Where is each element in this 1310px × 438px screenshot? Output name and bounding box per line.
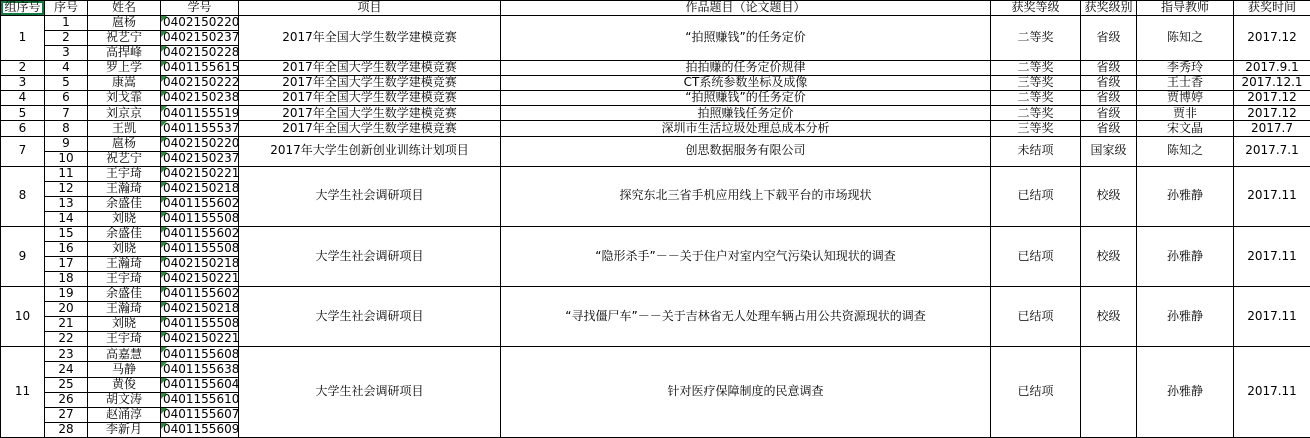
student-id-text: 0401155519: [163, 106, 239, 120]
awards-table: 组序号序号姓名学号项目作品题目（论文题目）获奖等级获奖级别指导教师获奖时间 11…: [0, 0, 1310, 438]
cell-name[interactable]: 马静: [88, 362, 161, 377]
cell-name[interactable]: 王瀚琦: [88, 181, 161, 196]
error-indicator-icon: [161, 287, 167, 293]
cell-title[interactable]: “寻找僵尸车”－－关于吉林省无人处理车辆占用公共资源现状的调查: [501, 287, 991, 347]
student-id-text: 0401155602: [163, 287, 239, 301]
cell-member-no[interactable]: 25: [45, 377, 88, 392]
cell-student-id[interactable]: 0401155602: [161, 196, 239, 211]
table-row: 46刘戈霏04021502382017年全国大学生数学建模竞赛“拍照赚钱”的任务…: [1, 91, 1310, 106]
cell-name[interactable]: 王瀚琦: [88, 257, 161, 272]
table-row: 1123高嘉慧0401155608大学生社会调研项目针对医疗保障制度的民意调查已…: [1, 347, 1310, 362]
cell-member-no[interactable]: 6: [45, 91, 88, 106]
cell-date[interactable]: 2017.7.1: [1234, 136, 1310, 166]
cell-project[interactable]: 2017年全国大学生数学建模竞赛: [239, 106, 501, 121]
cell-award[interactable]: 二等奖: [991, 106, 1081, 121]
table-row: 915余盛佳0401155602大学生社会调研项目“隐形杀手”－－关于住户对室内…: [1, 226, 1310, 241]
student-id-text: 0401155610: [163, 392, 239, 406]
student-id-text: 0401155615: [163, 61, 239, 75]
student-id-text: 0401155608: [163, 347, 239, 361]
error-indicator-icon: [161, 46, 167, 52]
cell-level[interactable]: 省级: [1081, 76, 1137, 91]
student-id-text: 0401155609: [163, 422, 239, 436]
cell-name[interactable]: 扈杨: [88, 16, 161, 31]
cell-name[interactable]: 王瀚琦: [88, 302, 161, 317]
cell-award[interactable]: 已结项: [991, 287, 1081, 347]
student-id-text: 0401155508: [163, 317, 239, 331]
cell-student-id[interactable]: 0402150218: [161, 302, 239, 317]
cell-member-no[interactable]: 17: [45, 257, 88, 272]
cell-name[interactable]: 胡文涛: [88, 392, 161, 407]
cell-group-no[interactable]: 6: [1, 121, 45, 136]
cell-member-no[interactable]: 5: [45, 76, 88, 91]
table-row: 57刘京京04011555192017年全国大学生数学建模竞赛拍照赚钱任务定价二…: [1, 106, 1310, 121]
student-id-text: 0401155607: [163, 407, 239, 421]
cell-award[interactable]: 二等奖: [991, 16, 1081, 61]
cell-name[interactable]: 刘戈霏: [88, 91, 161, 106]
cell-award[interactable]: 三等奖: [991, 121, 1081, 136]
cell-student-id[interactable]: 0401155602: [161, 226, 239, 241]
cell-date[interactable]: 2017.7: [1234, 121, 1310, 136]
student-id-text: 0401155602: [163, 196, 239, 210]
error-indicator-icon: [161, 347, 167, 353]
cell-student-id[interactable]: 0401155508: [161, 211, 239, 226]
header-project[interactable]: 项目: [239, 1, 501, 16]
cell-name[interactable]: 扈杨: [88, 136, 161, 151]
header-row: 组序号序号姓名学号项目作品题目（论文题目）获奖等级获奖级别指导教师获奖时间: [1, 1, 1310, 16]
cell-student-id[interactable]: 0402150221: [161, 272, 239, 287]
cell-student-id[interactable]: 0402150238: [161, 91, 239, 106]
cell-member-no[interactable]: 7: [45, 106, 88, 121]
cell-project[interactable]: 2017年全国大学生数学建模竞赛: [239, 91, 501, 106]
table-row: 811王宇琦0402150221大学生社会调研项目探究东北三省手机应用线上下载平…: [1, 166, 1310, 181]
cell-name[interactable]: 祝艺宁: [88, 31, 161, 46]
header-group-no[interactable]: 组序号: [1, 1, 45, 16]
student-id-text: 0402150237: [163, 151, 239, 165]
cell-student-id[interactable]: 0402150237: [161, 31, 239, 46]
cell-advisor[interactable]: 李秀玲: [1137, 61, 1234, 76]
cell-title[interactable]: 创思数据服务有限公司: [501, 136, 991, 166]
cell-member-no[interactable]: 12: [45, 181, 88, 196]
student-id-text: 0402150218: [163, 257, 239, 271]
cell-name[interactable]: 刘晓: [88, 241, 161, 256]
cell-group-no[interactable]: 5: [1, 106, 45, 121]
cell-level[interactable]: 省级: [1081, 121, 1137, 136]
table-row: 79扈杨04021502202017年大学生创新创业训练计划项目创思数据服务有限…: [1, 136, 1310, 151]
cell-member-no[interactable]: 3: [45, 46, 88, 61]
error-indicator-icon: [161, 16, 167, 22]
cell-date[interactable]: 2017.11: [1234, 226, 1310, 286]
student-id-text: 0401155638: [163, 362, 239, 376]
student-id-text: 0402150222: [163, 76, 239, 90]
cell-name[interactable]: 李新月: [88, 422, 161, 437]
cell-member-no[interactable]: 8: [45, 121, 88, 136]
error-indicator-icon: [161, 197, 167, 203]
cell-name[interactable]: 王宇琦: [88, 272, 161, 287]
cell-date[interactable]: 2017.12: [1234, 106, 1310, 121]
cell-title[interactable]: “隐形杀手”－－关于住户对室内空气污染认知现状的调查: [501, 226, 991, 286]
error-indicator-icon: [161, 227, 167, 233]
header-work-title[interactable]: 作品题目（论文题目）: [501, 1, 991, 16]
cell-level[interactable]: 省级: [1081, 91, 1137, 106]
cell-award[interactable]: 三等奖: [991, 76, 1081, 91]
cell-student-id[interactable]: 0401155519: [161, 106, 239, 121]
cell-level[interactable]: 校级: [1081, 287, 1137, 347]
error-indicator-icon: [161, 61, 167, 67]
cell-name[interactable]: 康嵩: [88, 76, 161, 91]
cell-name[interactable]: 刘晓: [88, 211, 161, 226]
cell-project[interactable]: 2017年大学生创新创业训练计划项目: [239, 136, 501, 166]
cell-member-no[interactable]: 10: [45, 151, 88, 166]
cell-group-no[interactable]: 7: [1, 136, 45, 166]
cell-group-no[interactable]: 10: [1, 287, 45, 347]
cell-project[interactable]: 大学生社会调研项目: [239, 166, 501, 226]
cell-level[interactable]: 校级: [1081, 226, 1137, 286]
student-id-text: 0401155537: [163, 121, 239, 135]
cell-group-no[interactable]: 2: [1, 61, 45, 76]
cell-title[interactable]: 深圳市生活垃圾处理总成本分析: [501, 121, 991, 136]
cell-student-id[interactable]: 0402150218: [161, 257, 239, 272]
cell-date[interactable]: 2017.12: [1234, 16, 1310, 61]
error-indicator-icon: [161, 378, 167, 384]
cell-award[interactable]: 已结项: [991, 226, 1081, 286]
cell-project[interactable]: 大学生社会调研项目: [239, 226, 501, 286]
cell-title[interactable]: 探究东北三省手机应用线上下载平台的市场现状: [501, 166, 991, 226]
cell-member-no[interactable]: 27: [45, 407, 88, 422]
student-id-text: 0402150228: [163, 46, 239, 60]
student-id-text: 0402150220: [163, 136, 239, 150]
cell-student-id[interactable]: 0402150222: [161, 76, 239, 91]
cell-student-id[interactable]: 0402150221: [161, 332, 239, 347]
cell-name[interactable]: 祝艺宁: [88, 151, 161, 166]
cell-member-no[interactable]: 16: [45, 241, 88, 256]
cell-advisor[interactable]: 孙雅静: [1137, 287, 1234, 347]
cell-member-no[interactable]: 24: [45, 362, 88, 377]
error-indicator-icon: [161, 242, 167, 248]
cell-group-no[interactable]: 8: [1, 166, 45, 226]
cell-project[interactable]: 大学生社会调研项目: [239, 287, 501, 347]
student-id-text: 0401155602: [163, 226, 239, 240]
cell-student-id[interactable]: 0401155615: [161, 61, 239, 76]
cell-advisor[interactable]: 孙雅静: [1137, 226, 1234, 286]
student-id-text: 0402150237: [163, 31, 239, 45]
cell-student-id[interactable]: 0401155608: [161, 347, 239, 362]
error-indicator-icon: [161, 257, 167, 263]
header-award-grade[interactable]: 获奖等级: [991, 1, 1081, 16]
cell-member-no[interactable]: 11: [45, 166, 88, 181]
cell-member-no[interactable]: 4: [45, 61, 88, 76]
header-student-id[interactable]: 学号: [161, 1, 239, 16]
cell-name[interactable]: 高捍峰: [88, 46, 161, 61]
cell-group-no[interactable]: 1: [1, 16, 45, 61]
header-award-date[interactable]: 获奖时间: [1234, 1, 1310, 16]
cell-award[interactable]: 未结项: [991, 136, 1081, 166]
cell-advisor[interactable]: 贾博婷: [1137, 91, 1234, 106]
cell-member-no[interactable]: 13: [45, 196, 88, 211]
cell-name[interactable]: 高嘉慧: [88, 347, 161, 362]
error-indicator-icon: [161, 91, 167, 97]
student-id-text: 0402150218: [163, 181, 239, 195]
cell-project[interactable]: 2017年全国大学生数学建模竞赛: [239, 76, 501, 91]
cell-advisor[interactable]: 贾非: [1137, 106, 1234, 121]
cell-member-no[interactable]: 22: [45, 332, 88, 347]
cell-advisor[interactable]: 陈知之: [1137, 136, 1234, 166]
error-indicator-icon: [161, 332, 167, 338]
table-row: 68王凯04011555372017年全国大学生数学建模竞赛深圳市生活垃圾处理总…: [1, 121, 1310, 136]
cell-name[interactable]: 余盛佳: [88, 226, 161, 241]
student-id-text: 0401155508: [163, 211, 239, 225]
cell-date[interactable]: 2017.11: [1234, 287, 1310, 347]
cell-member-no[interactable]: 18: [45, 272, 88, 287]
cell-date[interactable]: 2017.9.1: [1234, 61, 1310, 76]
cell-project[interactable]: 2017年全国大学生数学建模竞赛: [239, 16, 501, 61]
cell-member-no[interactable]: 20: [45, 302, 88, 317]
cell-name[interactable]: 刘京京: [88, 106, 161, 121]
cell-project[interactable]: 2017年全国大学生数学建模竞赛: [239, 61, 501, 76]
cell-advisor[interactable]: 孙雅静: [1137, 347, 1234, 438]
cell-member-no[interactable]: 19: [45, 287, 88, 302]
cell-student-id[interactable]: 0401155609: [161, 422, 239, 437]
cell-student-id[interactable]: 0401155508: [161, 241, 239, 256]
cell-member-no[interactable]: 9: [45, 136, 88, 151]
cell-member-no[interactable]: 2: [45, 31, 88, 46]
error-indicator-icon: [161, 182, 167, 188]
cell-award[interactable]: 二等奖: [991, 91, 1081, 106]
cell-member-no[interactable]: 15: [45, 226, 88, 241]
cell-level[interactable]: [1081, 347, 1137, 438]
cell-member-no[interactable]: 26: [45, 392, 88, 407]
cell-name[interactable]: 王宇琦: [88, 332, 161, 347]
cell-member-no[interactable]: 14: [45, 211, 88, 226]
error-indicator-icon: [161, 362, 167, 368]
cell-student-id[interactable]: 0401155537: [161, 121, 239, 136]
cell-member-no[interactable]: 28: [45, 422, 88, 437]
error-indicator-icon: [161, 408, 167, 414]
cell-name[interactable]: 罗上学: [88, 61, 161, 76]
cell-project[interactable]: 大学生社会调研项目: [239, 347, 501, 438]
error-indicator-icon: [161, 152, 167, 158]
error-indicator-icon: [161, 423, 167, 429]
header-advisor[interactable]: 指导教师: [1137, 1, 1234, 16]
student-id-text: 0402150221: [163, 166, 239, 180]
cell-student-id[interactable]: 0402150220: [161, 136, 239, 151]
table-row: 11扈杨04021502202017年全国大学生数学建模竞赛“拍照赚钱”的任务定…: [1, 16, 1310, 31]
cell-student-id[interactable]: 0402150228: [161, 46, 239, 61]
cell-date[interactable]: 2017.11: [1234, 347, 1310, 438]
header-award-level[interactable]: 获奖级别: [1081, 1, 1137, 16]
cell-advisor[interactable]: 孙雅静: [1137, 166, 1234, 226]
error-indicator-icon: [161, 137, 167, 143]
table-row: 24罗上学04011556152017年全国大学生数学建模竞赛拍拍赚的任务定价规…: [1, 61, 1310, 76]
cell-level[interactable]: 省级: [1081, 61, 1137, 76]
cell-member-no[interactable]: 21: [45, 317, 88, 332]
student-id-text: 0402150221: [163, 332, 239, 346]
cell-name[interactable]: 黄俊: [88, 377, 161, 392]
error-indicator-icon: [161, 76, 167, 82]
student-id-text: 0401155604: [163, 377, 239, 391]
cell-student-id[interactable]: 0401155602: [161, 287, 239, 302]
error-indicator-icon: [161, 302, 167, 308]
cell-title[interactable]: 针对医疗保障制度的民意调查: [501, 347, 991, 438]
cell-project[interactable]: 2017年全国大学生数学建模竞赛: [239, 121, 501, 136]
error-indicator-icon: [161, 167, 167, 173]
cell-student-id[interactable]: 0401155607: [161, 407, 239, 422]
error-indicator-icon: [161, 393, 167, 399]
student-id-text: 0401155508: [163, 241, 239, 255]
student-id-text: 0402150238: [163, 91, 239, 105]
cell-student-id[interactable]: 0401155604: [161, 377, 239, 392]
cell-member-no[interactable]: 1: [45, 16, 88, 31]
cell-member-no[interactable]: 23: [45, 347, 88, 362]
error-indicator-icon: [161, 106, 167, 112]
cell-advisor[interactable]: 王士香: [1137, 76, 1234, 91]
cell-advisor[interactable]: 陈知之: [1137, 16, 1234, 61]
cell-advisor[interactable]: 宋文晶: [1137, 121, 1234, 136]
cell-name[interactable]: 赵涌淳: [88, 407, 161, 422]
cell-name[interactable]: 王凯: [88, 121, 161, 136]
student-id-text: 0402150220: [163, 16, 239, 30]
cell-title[interactable]: “拍照赚钱”的任务定价: [501, 91, 991, 106]
error-indicator-icon: [161, 31, 167, 37]
error-indicator-icon: [161, 121, 167, 127]
cell-award[interactable]: 已结项: [991, 166, 1081, 226]
cell-title[interactable]: “拍照赚钱”的任务定价: [501, 16, 991, 61]
cell-student-id[interactable]: 0402150237: [161, 151, 239, 166]
cell-name[interactable]: 余盛佳: [88, 196, 161, 211]
spreadsheet: 组序号序号姓名学号项目作品题目（论文题目）获奖等级获奖级别指导教师获奖时间 11…: [0, 0, 1310, 438]
cell-student-id[interactable]: 0401155508: [161, 317, 239, 332]
cell-level[interactable]: 校级: [1081, 166, 1137, 226]
cell-title[interactable]: 拍拍赚的任务定价规律: [501, 61, 991, 76]
cell-student-id[interactable]: 0401155638: [161, 362, 239, 377]
table-row: 35康嵩04021502222017年全国大学生数学建模竞赛CT系统参数坐标及成…: [1, 76, 1310, 91]
cell-date[interactable]: 2017.12.1: [1234, 76, 1310, 91]
cell-date[interactable]: 2017.11: [1234, 166, 1310, 226]
header-member-no[interactable]: 序号: [45, 1, 88, 16]
student-id-text: 0402150221: [163, 272, 239, 286]
cell-title[interactable]: CT系统参数坐标及成像: [501, 76, 991, 91]
cell-group-no[interactable]: 4: [1, 91, 45, 106]
cell-group-no[interactable]: 9: [1, 226, 45, 286]
cell-name[interactable]: 余盛佳: [88, 287, 161, 302]
table-row: 1019余盛佳0401155602大学生社会调研项目“寻找僵尸车”－－关于吉林省…: [1, 287, 1310, 302]
student-id-text: 0402150218: [163, 302, 239, 316]
error-indicator-icon: [161, 272, 167, 278]
cell-date[interactable]: 2017.12: [1234, 91, 1310, 106]
cell-group-no[interactable]: 3: [1, 76, 45, 91]
cell-student-id[interactable]: 0401155610: [161, 392, 239, 407]
cell-award[interactable]: 已结项: [991, 347, 1081, 438]
cell-student-id[interactable]: 0402150218: [161, 181, 239, 196]
cell-name[interactable]: 刘晓: [88, 317, 161, 332]
cell-title[interactable]: 拍照赚钱任务定价: [501, 106, 991, 121]
cell-level[interactable]: 省级: [1081, 16, 1137, 61]
error-indicator-icon: [161, 317, 167, 323]
cell-student-id[interactable]: 0402150220: [161, 16, 239, 31]
cell-name[interactable]: 王宇琦: [88, 166, 161, 181]
cell-award[interactable]: 二等奖: [991, 61, 1081, 76]
cell-group-no[interactable]: 11: [1, 347, 45, 438]
cell-level[interactable]: 省级: [1081, 106, 1137, 121]
cell-level[interactable]: 国家级: [1081, 136, 1137, 166]
header-name[interactable]: 姓名: [88, 1, 161, 16]
cell-student-id[interactable]: 0402150221: [161, 166, 239, 181]
error-indicator-icon: [161, 212, 167, 218]
